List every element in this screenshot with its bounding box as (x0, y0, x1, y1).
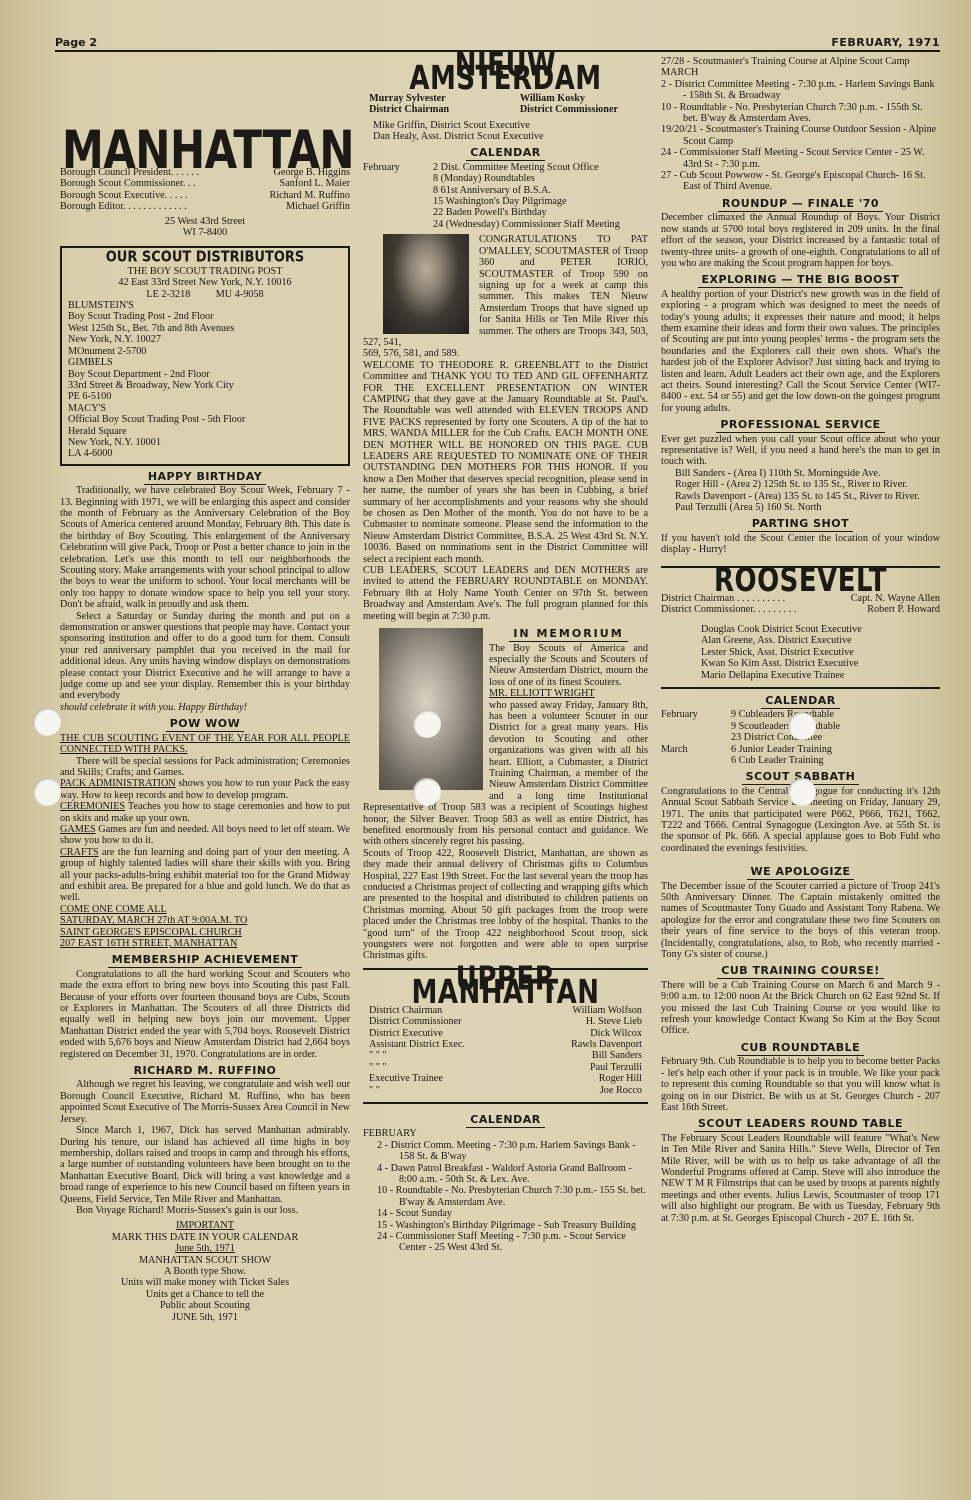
um-calendar-month: FEBRUARY (363, 1128, 648, 1139)
roster-row: Executive TraineeRoger Hill (369, 1073, 642, 1084)
cub-roundtable-text: February 9th. Cub Roundtable is to help … (661, 1056, 940, 1113)
happy-birthday-end: should celebrate it with you. Happy Birt… (60, 702, 350, 713)
membership-text: Congratulations to all the hard working … (60, 969, 350, 1060)
roster-name: Roger Hill (599, 1073, 642, 1084)
distributor-line: LE 2-3218 MU 4-9058 (68, 289, 342, 300)
exploring-text: A healthy portion of your District's new… (661, 289, 940, 414)
calendar-month: March (661, 744, 731, 755)
important-line: MANHATTAN SCOUT SHOW (60, 1255, 350, 1266)
distributor-line: PE 6-5100 (68, 391, 342, 402)
calendar-item: 4 - Dawn Patrol Breakfast - Waldorf Asto… (377, 1163, 648, 1186)
parting-text: If you haven't told the Scout Center the… (661, 533, 940, 556)
um-calendar-heading: CALENDAR (363, 1114, 648, 1125)
distributor-line: New York, N.Y. 10001 (68, 437, 342, 448)
calendar-item: 8 61st Anniversary of B.S.A. (433, 185, 648, 196)
manhattan-masthead: MANHATTAN (60, 56, 350, 161)
happy-birthday-p1: Traditionally, we have celebrated Boy Sc… (60, 485, 350, 610)
officer-name: Michael Griffin (286, 201, 350, 212)
roosevelt-calendar-heading: CALENDAR (661, 695, 940, 706)
newspaper-page: Page 2 FEBRUARY, 1971 MANHATTAN Borough … (55, 30, 940, 1490)
ruffino-p2: Since March 1, 1967, Dick has served Man… (60, 1125, 350, 1205)
na-exec: Mike Griffin, District Scout Executive (373, 120, 648, 131)
leaders-roundtable-text: The February Scout Leaders Roundtable wi… (661, 1133, 940, 1224)
distributor-line: LA 4-6000 (68, 448, 342, 459)
na-calendar-heading: CALENDAR (363, 147, 648, 158)
professional-reps: Bill Sanders - (Area I) 110th St. Mornin… (661, 468, 940, 514)
rep-item: Roger Hill - (Area 2) 125th St. to 135 S… (675, 479, 940, 490)
roster-role: " " " (369, 1050, 387, 1061)
calendar-item: 6 Cub Leader Training (731, 755, 940, 766)
calendar-item: 2 - District Committee Meeting - 7:30 p.… (661, 79, 940, 102)
staff-member: Douglas Cook District Scout Executive (701, 624, 940, 635)
distributor-line: Official Boy Scout Trading Post - 5th Fl… (68, 414, 342, 425)
roosevelt-staff: Douglas Cook District Scout ExecutiveAla… (661, 624, 940, 681)
na-congrats-block: CONGRATULATIONS TO PAT O'MALLEY, SCOUTMA… (363, 234, 648, 348)
officer-name: Richard M. Ruffino (270, 190, 350, 201)
section-heading-ruffino: RICHARD M. RUFFINO (60, 1065, 350, 1076)
calendar-item: 24 - Commissioner Staff Meeting - Scout … (661, 147, 940, 170)
staff-member: Kwan So Kim Asst. District Executive (701, 658, 940, 669)
roundup-text: December climaxed the Annual Roundup of … (661, 212, 940, 269)
calendar-item: 2 - District Comm. Meeting - 7:30 p.m. H… (377, 1140, 648, 1163)
divider (363, 1102, 648, 1104)
pow-wow-sessions: PACK ADMINISTRATION shows you how to run… (60, 778, 350, 903)
important-line: MARK THIS DATE IN YOUR CALENDAR (60, 1232, 350, 1243)
roster-role: " " " (369, 1062, 387, 1073)
column-upper-manhattan-roosevelt: 27/28 - Scoutmaster's Training Course at… (661, 56, 940, 1224)
roster-row: District ExecutiveDick Wilcox (369, 1028, 642, 1039)
cub-training-text: There will be a Cub Training Course on M… (661, 980, 940, 1037)
calendar-item: 27 - Cub Scout Powwow - St. George's Epi… (661, 170, 940, 193)
section-heading-parting: PARTING SHOT (661, 518, 940, 529)
calendar-item: 14 - Scout Sunday (377, 1208, 648, 1219)
professional-text: Ever get puzzled when you call your Scou… (661, 434, 940, 468)
closing-line: SAINT GEORGE'S EPISCOPAL CHURCH (60, 927, 350, 938)
calendar-item: 10 - Roundtable - No. Presbyterian Churc… (377, 1185, 648, 1208)
punch-hole (413, 710, 441, 738)
na-invite-text: CUB LEADERS, SCOUT LEADERS and DEN MOTHE… (363, 565, 648, 622)
happy-birthday-p2: Select a Saturday or Sunday during the m… (60, 611, 350, 702)
roster-name: H. Steve Lieb (586, 1016, 642, 1027)
divider (661, 687, 940, 689)
distributor-line: Boy Scout Department - 2nd Floor (68, 369, 342, 380)
column-manhattan: MANHATTAN Borough Council President. . .… (60, 56, 350, 1323)
calendar-item: 19/20/21 - Scoutmaster's Training Course… (661, 124, 940, 147)
roster-name: Bill Sanders (592, 1050, 642, 1061)
officer-role: Borough Scout Executive. . . . . (60, 190, 188, 201)
apologize-text: The December issue of the Scouter carrie… (661, 881, 940, 961)
na-comm-role: District Commissioner (520, 104, 618, 115)
roster-row: " "Joe Rocco (369, 1085, 642, 1096)
na-calendar-month: February (363, 162, 433, 230)
calendar-row: March6 Junior Leader Training (661, 744, 940, 755)
punch-hole (788, 712, 816, 740)
calendar-row: 6 Cub Leader Training (661, 755, 940, 766)
session-label: PACK ADMINISTRATION (60, 778, 176, 789)
march-calendar-items: 2 - District Committee Meeting - 7:30 p.… (661, 79, 940, 193)
na-chair-role: District Chairman (369, 104, 449, 115)
roster-name: Dick Wilcox (590, 1028, 642, 1039)
calendar-month: February (661, 709, 731, 720)
calendar-month (661, 755, 731, 766)
distributors-title: OUR SCOUT DISTRIBUTORS (68, 252, 342, 265)
roster-row: Assistant District Exec.Rawls Davenport (369, 1039, 642, 1050)
session-label: CRAFTS (60, 847, 99, 858)
session-label: GAMES (60, 824, 96, 835)
section-heading-pow-wow: POW WOW (60, 718, 350, 729)
roster-row: District CommissionerH. Steve Lieb (369, 1016, 642, 1027)
important-notice: MARK THIS DATE IN YOUR CALENDARJune 5th,… (60, 1232, 350, 1323)
section-heading-leaders-roundtable: SCOUT LEADERS ROUND TABLE (661, 1118, 940, 1129)
calendar-item: 9 Scoutleaders Roundtable (731, 721, 940, 732)
roosevelt-commissioner: District Commissioner. . . . . . . . .Ro… (661, 604, 940, 615)
section-heading-cub-training: CUB TRAINING COURSE! (661, 965, 940, 976)
calendar-item: 22 Baden Powell's Birthday (433, 207, 648, 218)
rep-item: Rawls Davenport - (Area) 135 St. to 145 … (675, 491, 940, 502)
um-calendar-continued: 27/28 - Scoutmaster's Training Course at… (661, 56, 940, 67)
troop-422-text: Scouts of Troop 422, Roosevelt District,… (363, 848, 648, 962)
section-heading-roundup: ROUNDUP — FINALE '70 (661, 198, 940, 209)
calendar-item: 15 - Washington's Birthday Pilgrimage - … (377, 1220, 648, 1231)
distributor-line: 33rd Street & Broadway, New York City (68, 380, 342, 391)
important-line: Units get a Chance to tell the (60, 1289, 350, 1300)
section-heading-membership: MEMBERSHIP ACHIEVEMENT (60, 954, 350, 965)
pow-wow-session: CRAFTS are the fun learning and doing pa… (60, 847, 350, 904)
na-congrats-end: 569, 576, 581, and 589. (363, 348, 648, 359)
session-label: CEREMONIES (60, 801, 125, 812)
closing-line: 207 EAST 16TH STREET, MANHATTAN (60, 938, 350, 949)
staff-member: Lester Shick, Asst. District Executive (701, 647, 940, 658)
distributor-line: MACY'S (68, 403, 342, 414)
important-line: Public about Scouting (60, 1300, 350, 1311)
section-heading-professional: PROFESSIONAL SERVICE (661, 419, 940, 430)
punch-hole (33, 708, 61, 736)
ruffino-p1: Although we regret his leaving, we congr… (60, 1079, 350, 1125)
distributors-box: OUR SCOUT DISTRIBUTORS THE BOY SCOUT TRA… (60, 246, 350, 465)
officer-role: Borough Editor. . . . . . . . . . . . . (60, 201, 187, 212)
pow-wow-intro: There will be special sessions for Pack … (60, 756, 350, 779)
closing-line: SATURDAY, MARCH 27th AT 9:00A.M. TO (60, 915, 350, 926)
section-heading-exploring: EXPLORING — THE BIG BOOST (661, 274, 940, 285)
pow-wow-lead: THE CUB SCOUTING EVENT OF THE YEAR FOR A… (60, 733, 350, 756)
distributor-line: New York, N.Y. 10027 (68, 334, 342, 345)
distributor-line: GIMBELS (68, 357, 342, 368)
distributor-line: MOnument 2-5700 (68, 346, 342, 357)
important-line: June 5th, 1971 (60, 1243, 350, 1254)
nieuw-amsterdam-title: NIEUW AMSTERDAM (363, 59, 648, 88)
staff-member: Alan Greene, Ass. District Executive (701, 635, 940, 646)
important-line: JUNE 5th, 1971 (60, 1312, 350, 1323)
section-heading-cub-roundtable: CUB ROUNDTABLE (661, 1042, 940, 1053)
elliott-wright-photo (379, 628, 483, 790)
roster-role: District Commissioner (369, 1016, 462, 1027)
calendar-item: 2 Dist. Committee Meeting Scout Office (433, 162, 648, 173)
column-nieuw-amsterdam: NIEUW AMSTERDAM Murray SylvesterDistrict… (363, 56, 648, 1254)
pow-wow-session: CEREMONIES Teaches you how to stage cere… (60, 801, 350, 824)
calendar-item: 6 Junior Leader Training (731, 744, 940, 755)
calendar-month (661, 732, 731, 743)
distributor-line: BLUMSTEIN'S (68, 300, 342, 311)
page-number: Page 2 (55, 36, 97, 49)
roster-name: Joe Rocco (600, 1085, 642, 1096)
important-line: A Booth type Show. (60, 1266, 350, 1277)
rep-item: Paul Terzulli (Area 5) 160 St. North (675, 502, 940, 513)
important-line: Units will make money with Ticket Sales (60, 1277, 350, 1288)
calendar-item: 15 Washington's Day Pilgrimage (433, 196, 648, 207)
manhattan-title: MANHATTAN (62, 143, 354, 157)
na-executives: Mike Griffin, District Scout Executive D… (363, 120, 648, 143)
scoutmaster-photo (383, 234, 469, 334)
na-exec: Dan Healy, Asst. District Scout Executiv… (373, 131, 648, 142)
distributor-line: 42 East 33rd Street New York, N.Y. 10016 (68, 277, 342, 288)
distributor-line: Herald Square (68, 426, 342, 437)
roosevelt-title: ROOSEVELT (661, 574, 940, 588)
rep-item: Bill Sanders - (Area I) 110th St. Mornin… (675, 468, 940, 479)
ruffino-p3: Bon Voyage Richard! Morris-Sussex's gain… (60, 1205, 350, 1216)
calendar-month (661, 721, 731, 732)
roster-role: Assistant District Exec. (369, 1039, 465, 1050)
calendar-item: 8 (Monday) Roundtables (433, 173, 648, 184)
roster-name: Rawls Davenport (571, 1039, 642, 1050)
punch-hole (788, 778, 816, 806)
closing-line: COME ONE COME ALL (60, 904, 350, 915)
section-heading-happy-birthday: HAPPY BIRTHDAY (60, 471, 350, 482)
punch-hole (33, 778, 61, 806)
na-welcome-text: WELCOME TO THEODORE R. GREENBLATT to the… (363, 360, 648, 565)
staff-member: Mario Dellapina Executive Trainee (701, 670, 940, 681)
na-calendar: February 2 Dist. Committee Meeting Scout… (363, 162, 648, 230)
calendar-item: 10 - Roundtable - No. Presbyterian Churc… (661, 102, 940, 125)
march-label: MARCH (661, 67, 940, 78)
roster-role: Executive Trainee (369, 1073, 443, 1084)
distributor-line: West 125th St., Bet. 7th and 8th Avenues (68, 323, 342, 334)
na-calendar-items: 2 Dist. Committee Meeting Scout Office8 … (433, 162, 648, 230)
council-phone: WI 7-8400 (60, 227, 350, 238)
roster-role: District Executive (369, 1028, 443, 1039)
roster-row: " " "Bill Sanders (369, 1050, 642, 1061)
um-calendar-items: 2 - District Comm. Meeting - 7:30 p.m. H… (363, 1140, 648, 1254)
issue-date: FEBRUARY, 1971 (831, 36, 940, 49)
pow-wow-session: PACK ADMINISTRATION shows you how to run… (60, 778, 350, 801)
council-address: 25 West 43rd Street (60, 216, 350, 227)
section-heading-apologize: WE APOLOGIZE (661, 866, 940, 877)
calendar-item: 23 District Committee (731, 732, 940, 743)
distributor-list: BLUMSTEIN'SBoy Scout Trading Post - 2nd … (68, 300, 342, 460)
calendar-item: 24 (Wednesday) Commissioner Staff Meetin… (433, 219, 648, 230)
distributor-line: Boy Scout Trading Post - 2nd Floor (68, 311, 342, 322)
pow-wow-session: GAMES Games are fun and needed. All boys… (60, 824, 350, 847)
calendar-item: 27/28 - Scoutmaster's Training Course at… (661, 56, 940, 67)
upper-manhattan-roster: District ChairmanWilliam WolfsonDistrict… (363, 1005, 648, 1096)
roster-row: " " "Paul Terzulli (369, 1062, 642, 1073)
punch-hole (413, 778, 441, 806)
important-heading: IMPORTANT (60, 1220, 350, 1231)
distributor-line: THE BOY SCOUT TRADING POST (68, 266, 342, 277)
pow-wow-closing: COME ONE COME ALLSATURDAY, MARCH 27th AT… (60, 904, 350, 950)
roster-name: Paul Terzulli (590, 1062, 642, 1073)
calendar-item: 9 Cubleaders Roundtable (731, 709, 940, 720)
upper-manhattan-title: UPPER MANHATTAN (363, 973, 648, 1002)
memorium-block: IN MEMORIUM The Boy Scouts of America an… (363, 628, 648, 848)
roster-role: " " (369, 1085, 380, 1096)
calendar-item: 24 - Commissioner Staff Meeting - 7:30 p… (377, 1231, 648, 1254)
